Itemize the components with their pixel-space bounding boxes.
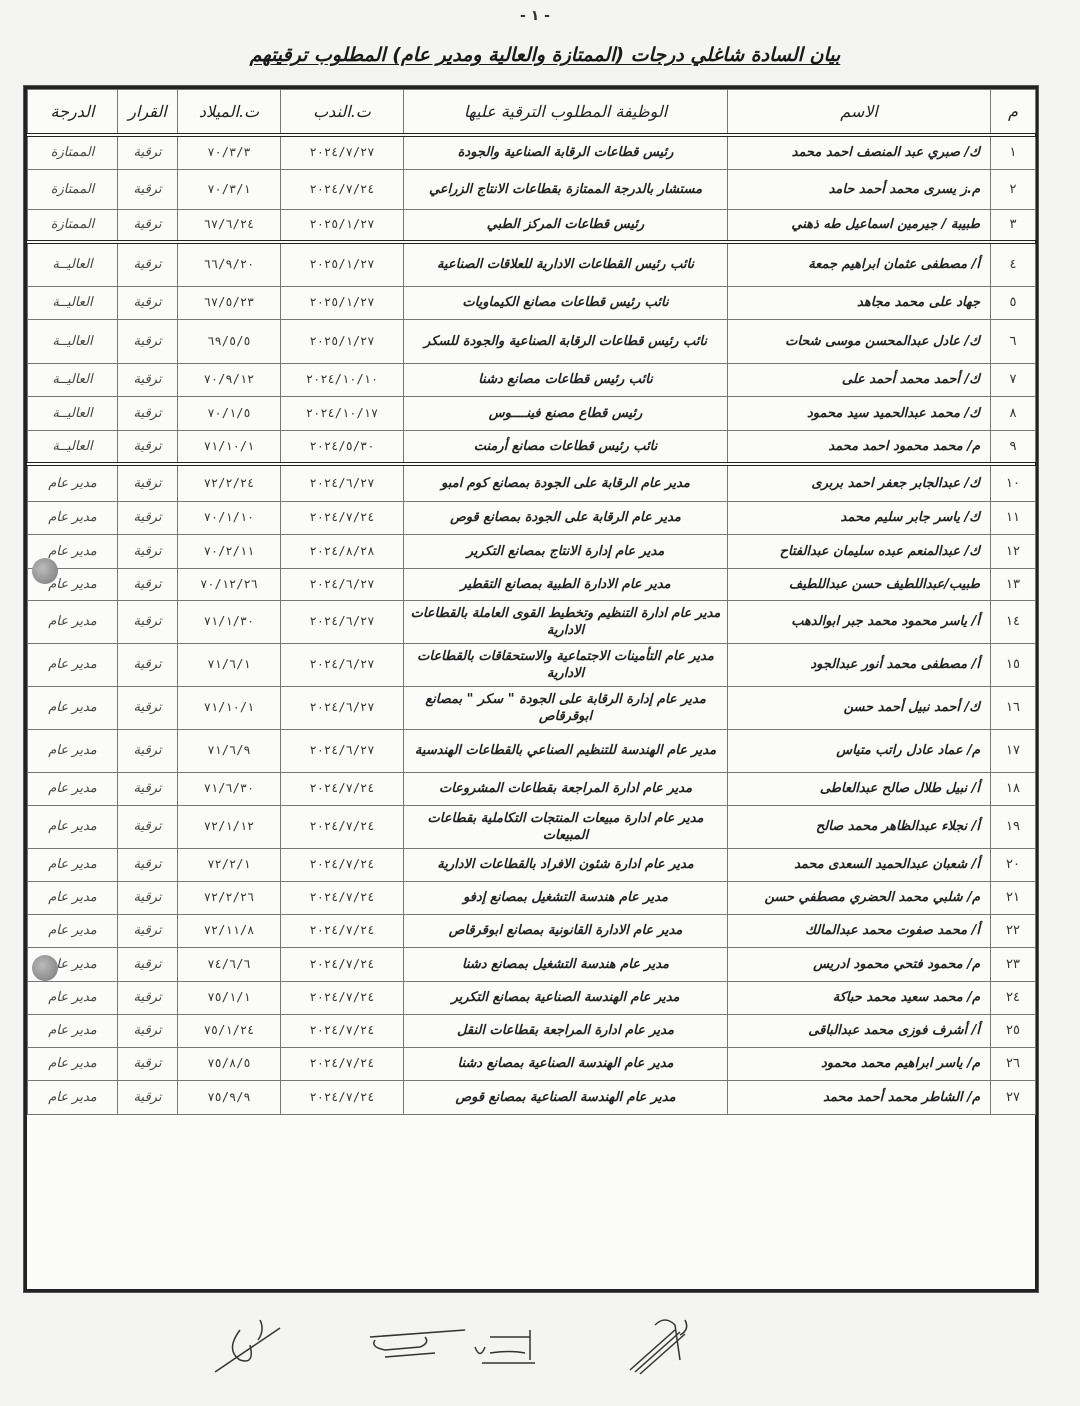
decision: ترقية: [118, 848, 178, 881]
target-position: مدير عام ادارة التنظيم وتخطيط القوى العا…: [404, 600, 728, 643]
target-position: مدير عام الادارة الطبية بمصانع التقطير: [404, 568, 728, 600]
target-position: مدير عام إدارة الرقابة على الجودة " سكر …: [404, 686, 728, 729]
signature-2: [365, 1325, 475, 1365]
target-position: مدير عام الهندسة للتنظيم الصناعي بالقطاع…: [404, 729, 728, 772]
table-row: ٢٥أ/ أشرف فوزى محمد عبدالباقىمدير عام اد…: [28, 1014, 1036, 1047]
target-position: نائب رئيس قطاعات مصانع أرمنت: [404, 430, 728, 464]
row-index: ٢٣: [991, 947, 1036, 981]
row-index: ٩: [991, 430, 1036, 464]
grade: مدير عام: [28, 729, 118, 772]
assignment-date: ٢٠٢٤/٥/٣٠: [281, 430, 404, 464]
target-position: نائب رئيس قطاعات الرقابة الصناعية والجود…: [404, 319, 728, 363]
row-index: ٢: [991, 169, 1036, 209]
birth-date: ٧٠/٢/١١: [178, 534, 281, 568]
grade: مدير عام: [28, 848, 118, 881]
birth-date: ٧١/١٠/١: [178, 686, 281, 729]
decision: ترقية: [118, 464, 178, 501]
grade: العاليــة: [28, 286, 118, 319]
table-row: ١٥أ/ مصطفى محمد أنور عبدالجودمدير عام ال…: [28, 643, 1036, 686]
grade: مدير عام: [28, 686, 118, 729]
employee-name: ك/ عبدالجابر جعفر احمد بربرى: [728, 464, 991, 501]
decision: ترقية: [118, 1047, 178, 1080]
row-index: ٢٥: [991, 1014, 1036, 1047]
signature-1: [210, 1310, 290, 1380]
grade: مدير عام: [28, 600, 118, 643]
table-row: ٧ك/ أحمد محمد أحمد علىنائب رئيس قطاعات م…: [28, 363, 1036, 396]
employee-name: م/ ياسر ابراهيم محمد محمود: [728, 1047, 991, 1080]
birth-date: ٦٩/٥/٥: [178, 319, 281, 363]
table-row: ٤أ/ مصطفى عثمان ابراهيم جمعةنائب رئيس ال…: [28, 242, 1036, 286]
birth-date: ٧٠/٩/١٢: [178, 363, 281, 396]
employee-name: أ/ ياسر محمود محمد جبر ابوالدهب: [728, 600, 991, 643]
target-position: مدير عام الرقابة على الجودة بمصانع كوم ا…: [404, 464, 728, 501]
row-index: ٢١: [991, 881, 1036, 914]
assignment-date: ٢٠٢٤/٧/٢٤: [281, 914, 404, 947]
assignment-date: ٢٠٢٤/٧/٢٧: [281, 135, 404, 169]
grade: مدير عام: [28, 881, 118, 914]
employee-name: طبيب/عبداللطيف حسن عبداللطيف: [728, 568, 991, 600]
target-position: مدير عام الهندسة الصناعية بمصانع قوص: [404, 1080, 728, 1114]
decision: ترقية: [118, 643, 178, 686]
assignment-date: ٢٠٢٥/١/٢٧: [281, 242, 404, 286]
row-index: ١٩: [991, 805, 1036, 848]
target-position: مدير عام ادارة مبيعات المنتجات التكاملية…: [404, 805, 728, 848]
decision: ترقية: [118, 805, 178, 848]
birth-date: ٧١/٦/٩: [178, 729, 281, 772]
grade: مدير عام: [28, 1080, 118, 1114]
grade: الممتازة: [28, 135, 118, 169]
table-row: ٨ك/ محمد عبدالحميد سيد محمودرئيس قطاع مص…: [28, 396, 1036, 430]
grade: الممتازة: [28, 169, 118, 209]
row-index: ٢٦: [991, 1047, 1036, 1080]
table-row: ٩م/ محمد محمود احمد محمدنائب رئيس قطاعات…: [28, 430, 1036, 464]
decision: ترقية: [118, 981, 178, 1014]
row-index: ١٤: [991, 600, 1036, 643]
assignment-date: ٢٠٢٤/٧/٢٤: [281, 169, 404, 209]
birth-date: ٧٢/٢/١: [178, 848, 281, 881]
table-row: ٢م.ز يسرى محمد أحمد حامدمستشار بالدرجة ا…: [28, 169, 1036, 209]
header-job: الوظيفة المطلوب الترقية عليها: [404, 90, 728, 136]
target-position: مدير عام التأمينات الاجتماعية والاستحقاق…: [404, 643, 728, 686]
assignment-date: ٢٠٢٤/٧/٢٤: [281, 881, 404, 914]
assignment-date: ٢٠٢٤/٧/٢٤: [281, 1080, 404, 1114]
table-row: ١١ك/ ياسر جابر سليم محمدمدير عام الرقابة…: [28, 501, 1036, 534]
target-position: مدير عام ادارة المراجعة بقطاعات المشروعا…: [404, 772, 728, 805]
employee-name: م.ز يسرى محمد أحمد حامد: [728, 169, 991, 209]
employee-name: ك/ صبري عبد المنصف احمد محمد: [728, 135, 991, 169]
assignment-date: ٢٠٢٤/٦/٢٧: [281, 464, 404, 501]
decision: ترقية: [118, 430, 178, 464]
target-position: نائب رئيس قطاعات مصانع دشنا: [404, 363, 728, 396]
decision: ترقية: [118, 501, 178, 534]
signature-4: [625, 1310, 695, 1380]
table-row: ٥جهاد على محمد مجاهدنائب رئيس قطاعات مصا…: [28, 286, 1036, 319]
decision: ترقية: [118, 1014, 178, 1047]
employee-name: أ/ محمد صفوت محمد عبدالمالك: [728, 914, 991, 947]
assignment-date: ٢٠٢٤/٧/٢٤: [281, 1014, 404, 1047]
decision: ترقية: [118, 534, 178, 568]
decision: ترقية: [118, 319, 178, 363]
birth-date: ٧٥/١/٢٤: [178, 1014, 281, 1047]
row-index: ٥: [991, 286, 1036, 319]
decision: ترقية: [118, 209, 178, 242]
assignment-date: ٢٠٢٤/٧/٢٤: [281, 805, 404, 848]
employee-name: طبيبة / جيرمين اسماعيل طه ذهني: [728, 209, 991, 242]
decision: ترقية: [118, 686, 178, 729]
assignment-date: ٢٠٢٤/٦/٢٧: [281, 568, 404, 600]
row-index: ٤: [991, 242, 1036, 286]
employee-name: ك/ عبدالمنعم عبده سليمان عبدالفتاح: [728, 534, 991, 568]
decision: ترقية: [118, 363, 178, 396]
decision: ترقية: [118, 600, 178, 643]
assignment-date: ٢٠٢٤/٨/٢٨: [281, 534, 404, 568]
employee-name: ك/ محمد عبدالحميد سيد محمود: [728, 396, 991, 430]
birth-date: ٧٠/١/١٠: [178, 501, 281, 534]
birth-date: ٧٠/٣/٣: [178, 135, 281, 169]
employee-name: أ/ شعبان عبدالحميد السعدى محمد: [728, 848, 991, 881]
employee-name: م/ محمد محمود احمد محمد: [728, 430, 991, 464]
decision: ترقية: [118, 135, 178, 169]
row-index: ٢٠: [991, 848, 1036, 881]
birth-date: ٧٥/٩/٩: [178, 1080, 281, 1114]
target-position: مدير عام الهندسة الصناعية بمصانع دشنا: [404, 1047, 728, 1080]
row-index: ٢٢: [991, 914, 1036, 947]
target-position: مدير عام الادارة القانونية بمصانع ابوقرق…: [404, 914, 728, 947]
target-position: نائب رئيس قطاعات مصانع الكيماويات: [404, 286, 728, 319]
employee-name: ك/ ياسر جابر سليم محمد: [728, 501, 991, 534]
decision: ترقية: [118, 1080, 178, 1114]
target-position: مدير عام إدارة الانتاج بمصانع التكرير: [404, 534, 728, 568]
promotions-table: م الاسم الوظيفة المطلوب الترقية عليها ت.…: [27, 89, 1036, 1115]
birth-date: ٧١/٦/٣٠: [178, 772, 281, 805]
table-row: ٣طبيبة / جيرمين اسماعيل طه ذهنيرئيس قطاع…: [28, 209, 1036, 242]
table-row: ١٠ك/ عبدالجابر جعفر احمد بربرىمدير عام ا…: [28, 464, 1036, 501]
employee-name: أ/ أشرف فوزى محمد عبدالباقى: [728, 1014, 991, 1047]
assignment-date: ٢٠٢٥/١/٢٧: [281, 209, 404, 242]
assignment-date: ٢٠٢٥/١/٢٧: [281, 319, 404, 363]
row-index: ١٦: [991, 686, 1036, 729]
birth-date: ٧٥/٨/٥: [178, 1047, 281, 1080]
table-row: ٢١م/ شلبي محمد الحضري مصطفي حسنمدير عام …: [28, 881, 1036, 914]
grade: مدير عام: [28, 501, 118, 534]
employee-name: ك/ أحمد محمد أحمد على: [728, 363, 991, 396]
assignment-date: ٢٠٢٤/٧/٢٤: [281, 981, 404, 1014]
target-position: مدير عام الرقابة على الجودة بمصانع قوص: [404, 501, 728, 534]
table-row: ٢٣م/ محمود فتحي محمود ادريسمدير عام هندس…: [28, 947, 1036, 981]
decision: ترقية: [118, 881, 178, 914]
row-index: ٨: [991, 396, 1036, 430]
decision: ترقية: [118, 396, 178, 430]
decision: ترقية: [118, 286, 178, 319]
employee-name: م/ شلبي محمد الحضري مصطفي حسن: [728, 881, 991, 914]
decision: ترقية: [118, 914, 178, 947]
birth-date: ٧١/٦/١: [178, 643, 281, 686]
row-index: ٢٧: [991, 1080, 1036, 1114]
table-row: ١٤أ/ ياسر محمود محمد جبر ابوالدهبمدير عا…: [28, 600, 1036, 643]
birth-date: ٧١/١/٣٠: [178, 600, 281, 643]
target-position: مدير عام هندسة التشغيل بمصانع إدفو: [404, 881, 728, 914]
header-assignment-date: ت.الندب: [281, 90, 404, 136]
promotions-table-container: م الاسم الوظيفة المطلوب الترقية عليها ت.…: [24, 86, 1038, 1292]
assignment-date: ٢٠٢٤/٧/٢٤: [281, 848, 404, 881]
assignment-date: ٢٠٢٤/٦/٢٧: [281, 600, 404, 643]
row-index: ١٣: [991, 568, 1036, 600]
row-index: ١٥: [991, 643, 1036, 686]
employee-name: م/ الشاطر محمد أحمد محمد: [728, 1080, 991, 1114]
table-row: ١٩أ/ نجلاء عبدالظاهر محمد صالحمدير عام ا…: [28, 805, 1036, 848]
assignment-date: ٢٠٢٤/٧/٢٤: [281, 501, 404, 534]
birth-date: ٧٤/٦/٦: [178, 947, 281, 981]
punch-hole: [32, 558, 58, 584]
decision: ترقية: [118, 947, 178, 981]
decision: ترقية: [118, 169, 178, 209]
table-row: ٢٤م/ محمد سعيد محمد حباكةمدير عام الهندس…: [28, 981, 1036, 1014]
page-number: - ١ -: [520, 8, 550, 24]
birth-date: ٧٠/١٢/٢٦: [178, 568, 281, 600]
row-index: ٧: [991, 363, 1036, 396]
header-birth-date: ت.الميلاد: [178, 90, 281, 136]
employee-name: م/ عماد عادل راتب متياس: [728, 729, 991, 772]
header-decision: القرار: [118, 90, 178, 136]
employee-name: أ/ نبيل طلال صالح عبدالعاطى: [728, 772, 991, 805]
table-row: ٢٠أ/ شعبان عبدالحميد السعدى محمدمدير عام…: [28, 848, 1036, 881]
grade: مدير عام: [28, 1047, 118, 1080]
signature-3: [470, 1325, 545, 1370]
grade: العاليــة: [28, 363, 118, 396]
target-position: مدير عام ادارة المراجعة بقطاعات النقل: [404, 1014, 728, 1047]
decision: ترقية: [118, 568, 178, 600]
row-index: ١٢: [991, 534, 1036, 568]
stamp-mark: [28, 32, 98, 72]
table-row: ١ك/ صبري عبد المنصف احمد محمدرئيس قطاعات…: [28, 135, 1036, 169]
decision: ترقية: [118, 729, 178, 772]
assignment-date: ٢٠٢٥/١/٢٧: [281, 286, 404, 319]
header-name: الاسم: [728, 90, 991, 136]
target-position: مدير عام هندسة التشغيل بمصانع دشنا: [404, 947, 728, 981]
target-position: رئيس قطاعات الرقابة الصناعية والجودة: [404, 135, 728, 169]
table-row: ١٨أ/ نبيل طلال صالح عبدالعاطىمدير عام اد…: [28, 772, 1036, 805]
employee-name: م/ محمود فتحي محمود ادريس: [728, 947, 991, 981]
birth-date: ٦٦/٩/٢٠: [178, 242, 281, 286]
assignment-date: ٢٠٢٤/١٠/١٧: [281, 396, 404, 430]
assignment-date: ٢٠٢٤/١٠/١٠: [281, 363, 404, 396]
table-row: ١٧م/ عماد عادل راتب متياسمدير عام الهندس…: [28, 729, 1036, 772]
grade: العاليــة: [28, 319, 118, 363]
row-index: ١٧: [991, 729, 1036, 772]
grade: مدير عام: [28, 981, 118, 1014]
signatures-area: [200, 1300, 800, 1390]
grade: مدير عام: [28, 643, 118, 686]
row-index: ٣: [991, 209, 1036, 242]
grade: مدير عام: [28, 464, 118, 501]
row-index: ١٠: [991, 464, 1036, 501]
grade: مدير عام: [28, 805, 118, 848]
punch-hole: [32, 955, 58, 981]
row-index: ٦: [991, 319, 1036, 363]
document-title: بيان السادة شاغلي درجات (الممتازة والعال…: [200, 44, 890, 66]
birth-date: ٧١/١٠/١: [178, 430, 281, 464]
grade: العاليــة: [28, 242, 118, 286]
employee-name: ك/ عادل عبدالمحسن موسى شحات: [728, 319, 991, 363]
target-position: مدير عام ادارة شئون الافراد بالقطاعات ال…: [404, 848, 728, 881]
employee-name: أ/ مصطفى عثمان ابراهيم جمعة: [728, 242, 991, 286]
target-position: مستشار بالدرجة الممتازة بقطاعات الانتاج …: [404, 169, 728, 209]
target-position: رئيس قطاعات المركز الطبي: [404, 209, 728, 242]
assignment-date: ٢٠٢٤/٧/٢٤: [281, 1047, 404, 1080]
employee-name: م/ محمد سعيد محمد حباكة: [728, 981, 991, 1014]
header-index: م: [991, 90, 1036, 136]
row-index: ٢٤: [991, 981, 1036, 1014]
row-index: ١: [991, 135, 1036, 169]
row-index: ١٨: [991, 772, 1036, 805]
birth-date: ٧٢/٢/٢٤: [178, 464, 281, 501]
birth-date: ٧٠/١/٥: [178, 396, 281, 430]
birth-date: ٦٧/٦/٢٤: [178, 209, 281, 242]
grade: العاليــة: [28, 430, 118, 464]
grade: مدير عام: [28, 772, 118, 805]
table-row: ٢٧م/ الشاطر محمد أحمد محمدمدير عام الهند…: [28, 1080, 1036, 1114]
assignment-date: ٢٠٢٤/٦/٢٧: [281, 643, 404, 686]
table-row: ٦ك/ عادل عبدالمحسن موسى شحاتنائب رئيس قط…: [28, 319, 1036, 363]
table-body: ١ك/ صبري عبد المنصف احمد محمدرئيس قطاعات…: [28, 135, 1036, 1114]
grade: مدير عام: [28, 1014, 118, 1047]
assignment-date: ٢٠٢٤/٧/٢٤: [281, 947, 404, 981]
employee-name: أ/ مصطفى محمد أنور عبدالجود: [728, 643, 991, 686]
grade: العاليــة: [28, 396, 118, 430]
table-header-row: م الاسم الوظيفة المطلوب الترقية عليها ت.…: [28, 90, 1036, 136]
table-row: ٢٢أ/ محمد صفوت محمد عبدالمالكمدير عام ال…: [28, 914, 1036, 947]
table-row: ٢٦م/ ياسر ابراهيم محمد محمودمدير عام اله…: [28, 1047, 1036, 1080]
table-row: ١٦ك/ أحمد نبيل أحمد حسنمدير عام إدارة ال…: [28, 686, 1036, 729]
birth-date: ٧٠/٣/١: [178, 169, 281, 209]
birth-date: ٧٢/٢/٢٦: [178, 881, 281, 914]
assignment-date: ٢٠٢٤/٦/٢٧: [281, 686, 404, 729]
employee-name: جهاد على محمد مجاهد: [728, 286, 991, 319]
header-grade: الدرجة: [28, 90, 118, 136]
employee-name: ك/ أحمد نبيل أحمد حسن: [728, 686, 991, 729]
birth-date: ٧٢/١١/٨: [178, 914, 281, 947]
birth-date: ٦٧/٥/٢٣: [178, 286, 281, 319]
row-index: ١١: [991, 501, 1036, 534]
decision: ترقية: [118, 242, 178, 286]
target-position: مدير عام الهندسة الصناعية بمصانع التكرير: [404, 981, 728, 1014]
target-position: نائب رئيس القطاعات الادارية للعلاقات الص…: [404, 242, 728, 286]
grade: مدير عام: [28, 914, 118, 947]
table-row: ١٢ك/ عبدالمنعم عبده سليمان عبدالفتاحمدير…: [28, 534, 1036, 568]
employee-name: أ/ نجلاء عبدالظاهر محمد صالح: [728, 805, 991, 848]
assignment-date: ٢٠٢٤/٦/٢٧: [281, 729, 404, 772]
grade: الممتازة: [28, 209, 118, 242]
birth-date: ٧٢/١/١٢: [178, 805, 281, 848]
assignment-date: ٢٠٢٤/٧/٢٤: [281, 772, 404, 805]
table-row: ١٣طبيب/عبداللطيف حسن عبداللطيفمدير عام ا…: [28, 568, 1036, 600]
decision: ترقية: [118, 772, 178, 805]
target-position: رئيس قطاع مصنع فينــــوس: [404, 396, 728, 430]
birth-date: ٧٥/١/١: [178, 981, 281, 1014]
